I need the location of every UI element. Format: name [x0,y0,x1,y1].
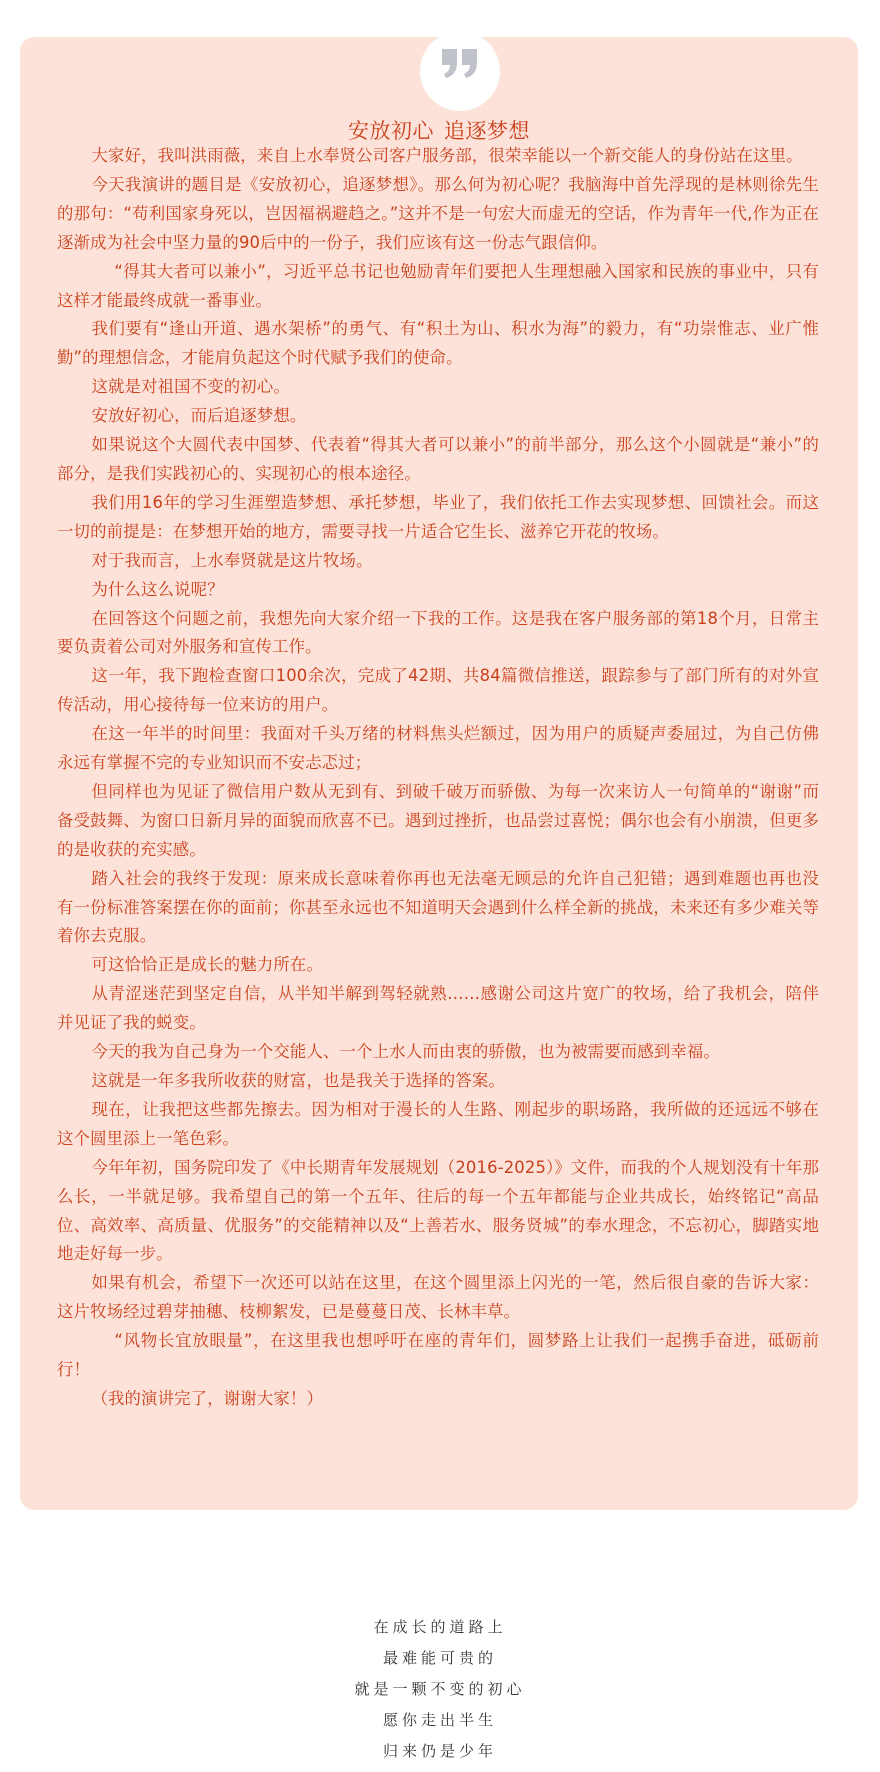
paragraph: 为什么这么说呢？ [57,576,819,605]
title-part-1: 安放初心 [348,119,434,143]
poem-line: 就是一颗不变的初心 [0,1674,880,1705]
closing-quote-icon [440,47,480,81]
paragraph: 在这一年半的时间里：我面对千头万绪的材料焦头烂额过，因为用户的质疑声委屈过，为自… [57,720,819,778]
paragraph: 这就是一年多我所收获的财富，也是我关于选择的答案。 [57,1067,819,1096]
paragraph: 在回答这个问题之前，我想先向大家介绍一下我的工作。这是我在客户服务部的第18个月… [57,605,819,663]
speech-body: 大家好，我叫洪雨薇，来自上水奉贤公司客户服务部，很荣幸能以一个新交能人的身份站在… [57,142,819,1414]
closing-remark: （我的演讲完了，谢谢大家！） [57,1385,819,1414]
closing-poem: 在成长的道路上 最难能可贵的 就是一颗不变的初心 愿你走出半生 归来仍是少年 [0,1612,880,1767]
paragraph: 我们用16年的学习生涯塑造梦想、承托梦想，毕业了，我们依托工作去实现梦想、回馈社… [57,489,819,547]
paragraph: “风物长宜放眼量”，在这里我也想呼吁在座的青年们，圆梦路上让我们一起携手奋进，砥… [57,1327,819,1385]
poem-line: 归来仍是少年 [0,1736,880,1767]
paragraph: 如果有机会，希望下一次还可以站在这里，在这个圆里添上闪光的一笔，然后很自豪的告诉… [57,1269,819,1327]
paragraph: 对于我而言，上水奉贤就是这片牧场。 [57,547,819,576]
poem-line: 愿你走出半生 [0,1705,880,1736]
paragraph: 可这恰恰正是成长的魅力所在。 [57,951,819,980]
paragraph: 从青涩迷茫到坚定自信，从半知半解到驾轻就熟……感谢公司这片宽广的牧场，给了我机会… [57,980,819,1038]
paragraph: 这就是对祖国不变的初心。 [57,373,819,402]
poem-line: 最难能可贵的 [0,1643,880,1674]
speech-card: 安放初心追逐梦想 大家好，我叫洪雨薇，来自上水奉贤公司客户服务部，很荣幸能以一个… [20,37,858,1510]
paragraph: 我们要有“逢山开道、遇水架桥”的勇气、有“积土为山、积水为海”的毅力，有“功崇惟… [57,315,819,373]
speech-title: 安放初心追逐梦想 [20,115,858,145]
paragraph: 如果说这个大圆代表中国梦、代表着“得其大者可以兼小”的前半部分，那么这个小圆就是… [57,431,819,489]
paragraph: 大家好，我叫洪雨薇，来自上水奉贤公司客户服务部，很荣幸能以一个新交能人的身份站在… [57,142,819,171]
paragraph: 踏入社会的我终于发现：原来成长意味着你再也无法毫无顾忌的允许自己犯错；遇到难题也… [57,865,819,952]
paragraph: 今年年初，国务院印发了《中长期青年发展规划（2016-2025）》文件，而我的个… [57,1154,819,1270]
paragraph: 现在，让我把这些都先擦去。因为相对于漫长的人生路、刚起步的职场路，我所做的还远远… [57,1096,819,1154]
paragraph: 今天我演讲的题目是《安放初心，追逐梦想》。那么何为初心呢？我脑海中首先浮现的是林… [57,171,819,258]
paragraph: 这一年，我下跑检查窗口100余次，完成了42期、共84篇微信推送，跟踪参与了部门… [57,662,819,720]
paragraph: “得其大者可以兼小”，习近平总书记也勉励青年们要把人生理想融入国家和民族的事业中… [57,258,819,316]
quote-badge [420,31,500,111]
paragraph: 今天的我为自己身为一个交能人、一个上水人而由衷的骄傲，也为被需要而感到幸福。 [57,1038,819,1067]
paragraph: 但同样也为见证了微信用户数从无到有、到破千破万而骄傲、为每一次来访人一句简单的“… [57,778,819,865]
title-part-2: 追逐梦想 [444,119,530,143]
paragraph: 安放好初心，而后追逐梦想。 [57,402,819,431]
poem-line: 在成长的道路上 [0,1612,880,1643]
